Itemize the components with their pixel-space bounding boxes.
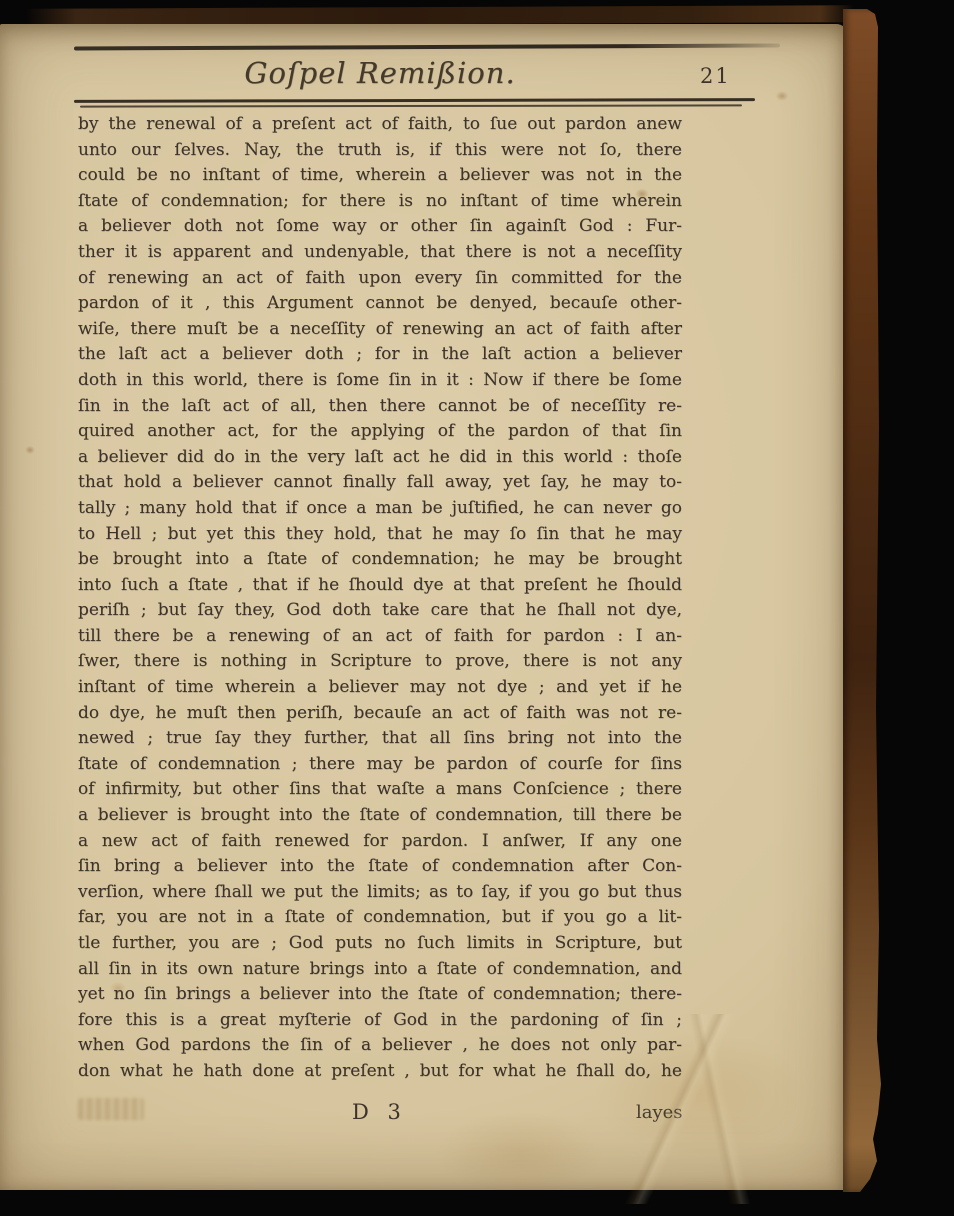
text-line: of renewing an act of faith upon every ſ…: [78, 266, 682, 292]
text-line: ſtate of condemnation ; there may be par…: [78, 752, 682, 778]
text-line: the laſt act a believer doth ; for in th…: [78, 342, 682, 368]
text-line: don what he hath done at preſent , but f…: [78, 1059, 682, 1085]
text-line: wiſe, there muſt be a neceſſity of renew…: [78, 317, 682, 343]
text-line: inſtant of time wherein a believer may n…: [78, 675, 682, 701]
text-line: ſtate of condemnation; for there is no i…: [78, 189, 682, 215]
text-line: could be no inſtant of time, wherein a b…: [78, 163, 682, 189]
text-line: newed ; true ſay they further, that all …: [78, 726, 682, 752]
text-line: ſin in the laſt act of all, then there c…: [78, 394, 682, 420]
text-line: periſh ; but ſay they, God doth take car…: [78, 598, 682, 624]
text-line: ther it is apparent and undenyable, that…: [78, 240, 682, 266]
text-line: a believer doth not ſome way or other ſi…: [78, 214, 682, 240]
text-line: yet no ſin brings a believer into the ſt…: [78, 982, 682, 1008]
book-cover-edge: [843, 9, 881, 1192]
text-line: be brought into a ſtate of condemnation;…: [78, 547, 682, 573]
scanned-book-photo: Goſpel Remißion. 21 by the renewal of a …: [0, 0, 954, 1216]
text-line: ſwer, there is nothing in Scripture to p…: [78, 649, 682, 675]
text-line: a new act of faith renewed for pardon. I…: [78, 829, 682, 855]
text-line: by the renewal of a preſent act of faith…: [78, 112, 682, 138]
text-line: do dye, he muſt then periſh, becauſe an …: [78, 701, 682, 727]
text-line: far, you are not in a ſtate of condemnat…: [78, 905, 682, 931]
page-number: 21: [700, 64, 740, 88]
text-line: all ſin in its own nature brings into a …: [78, 957, 682, 983]
running-title: Goſpel Remißion.: [78, 56, 682, 90]
text-line: fore this is a great myſterie of God in …: [78, 1008, 682, 1034]
text-line: a believer is brought into the ſtate of …: [78, 803, 682, 829]
text-line: unto our ſelves. Nay, the truth is, if t…: [78, 138, 682, 164]
text-line: verſion, where ſhall we put the limits; …: [78, 880, 682, 906]
text-line: that hold a believer cannot finally fall…: [78, 470, 682, 496]
header-rule-top: [74, 43, 780, 50]
text-line: a believer did do in the very laſt act h…: [78, 445, 682, 471]
bleedthrough-smudge: [78, 1098, 144, 1120]
text-line: till there be a renewing of an act of fa…: [78, 624, 682, 650]
text-line: when God pardons the ſin of a believer ,…: [78, 1033, 682, 1059]
text-line: quired another act, for the applying of …: [78, 419, 682, 445]
signature-mark: D 3: [352, 1100, 407, 1124]
header-rule-below-2: [80, 104, 742, 107]
text-line: tle further, you are ; God puts no ſuch …: [78, 931, 682, 957]
book-page: Goſpel Remißion. 21 by the renewal of a …: [0, 24, 848, 1190]
text-line: tally ; many hold that if once a man be …: [78, 496, 682, 522]
body-text: by the renewal of a preſent act of faith…: [78, 112, 682, 1085]
text-line: of infirmity, but other ſins that waſte …: [78, 777, 682, 803]
text-line: pardon of it , this Argument cannot be d…: [78, 291, 682, 317]
catchword: layes: [636, 1102, 683, 1123]
text-line: into ſuch a ſtate , that if he ſhould dy…: [78, 573, 682, 599]
text-line: to Hell ; but yet this they hold, that h…: [78, 522, 682, 548]
text-line: doth in this world, there is ſome ſin in…: [78, 368, 682, 394]
header-rule-below-1: [74, 98, 755, 103]
book-top-edge: [26, 5, 854, 26]
text-line: ſin bring a believer into the ſtate of c…: [78, 854, 682, 880]
